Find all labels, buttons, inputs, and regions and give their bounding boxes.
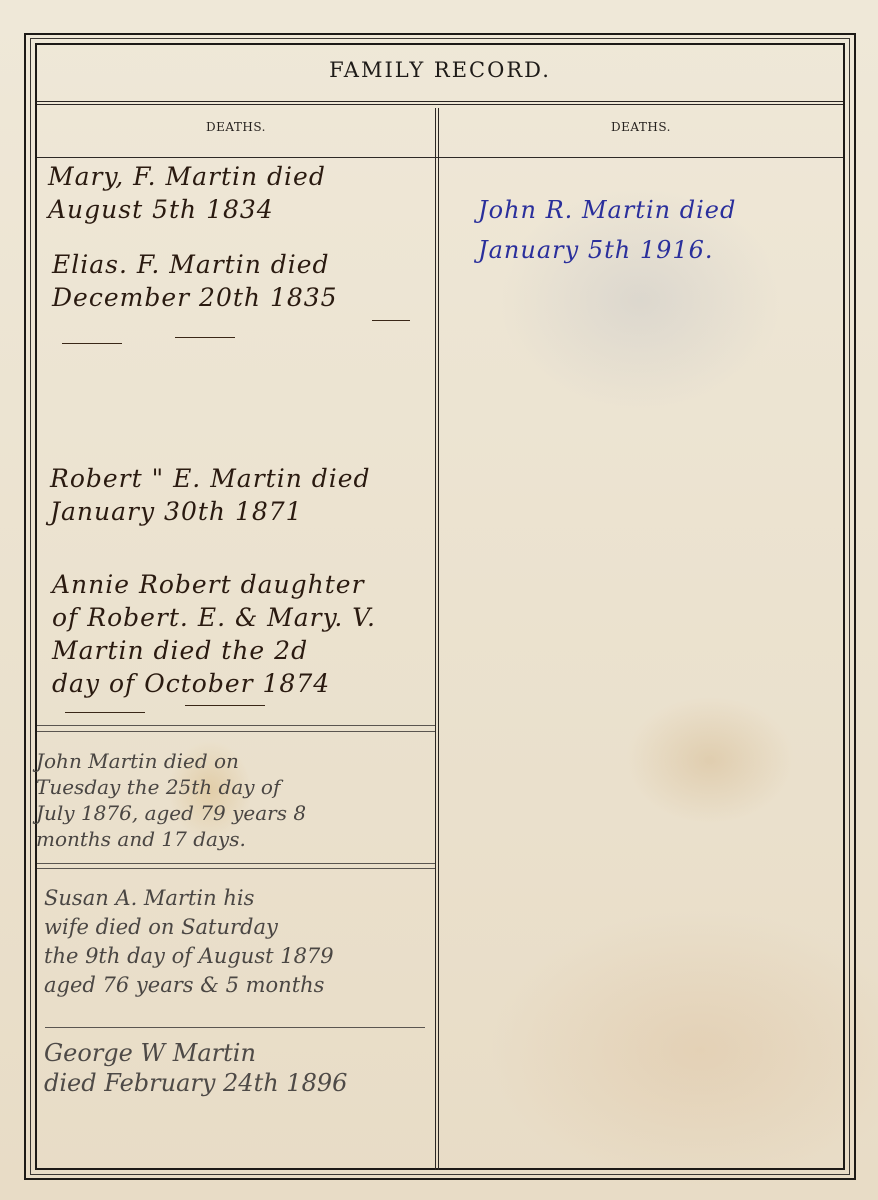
ink-flourish (62, 343, 122, 344)
death-entry-john-r-martin: John R. Martin died January 5th 1916. (478, 190, 736, 270)
entry-divider (37, 863, 435, 864)
death-entry-elias-f-martin: Elias. F. Martin died December 20th 1835 (52, 248, 338, 314)
ink-flourish (185, 705, 265, 706)
entry-divider (45, 1027, 425, 1028)
header-divider (37, 157, 843, 158)
death-entry-mary-f-martin: Mary, F. Martin died August 5th 1834 (48, 160, 326, 226)
entry-divider (37, 731, 435, 732)
page-title: FAMILY RECORD. (35, 58, 845, 82)
left-column-heading: DEATHS. (37, 120, 435, 134)
ink-flourish (175, 337, 235, 338)
ink-flourish (372, 320, 410, 321)
ink-flourish (65, 712, 145, 713)
death-entry-robert-e-martin: Robert " E. Martin died January 30th 187… (50, 462, 371, 528)
right-column-heading: DEATHS. (439, 120, 843, 134)
title-divider (37, 101, 843, 105)
death-entry-john-martin: John Martin died on Tuesday the 25th day… (36, 748, 306, 852)
death-entry-susan-a-martin: Susan A. Martin his wife died on Saturda… (44, 884, 334, 1000)
death-entry-annie-robert: Annie Robert daughter of Robert. E. & Ma… (52, 568, 376, 700)
death-entry-george-w-martin: George W Martin died February 24th 1896 (44, 1038, 347, 1098)
entry-divider (37, 868, 435, 869)
entry-divider (37, 725, 435, 726)
column-divider (435, 108, 439, 1170)
